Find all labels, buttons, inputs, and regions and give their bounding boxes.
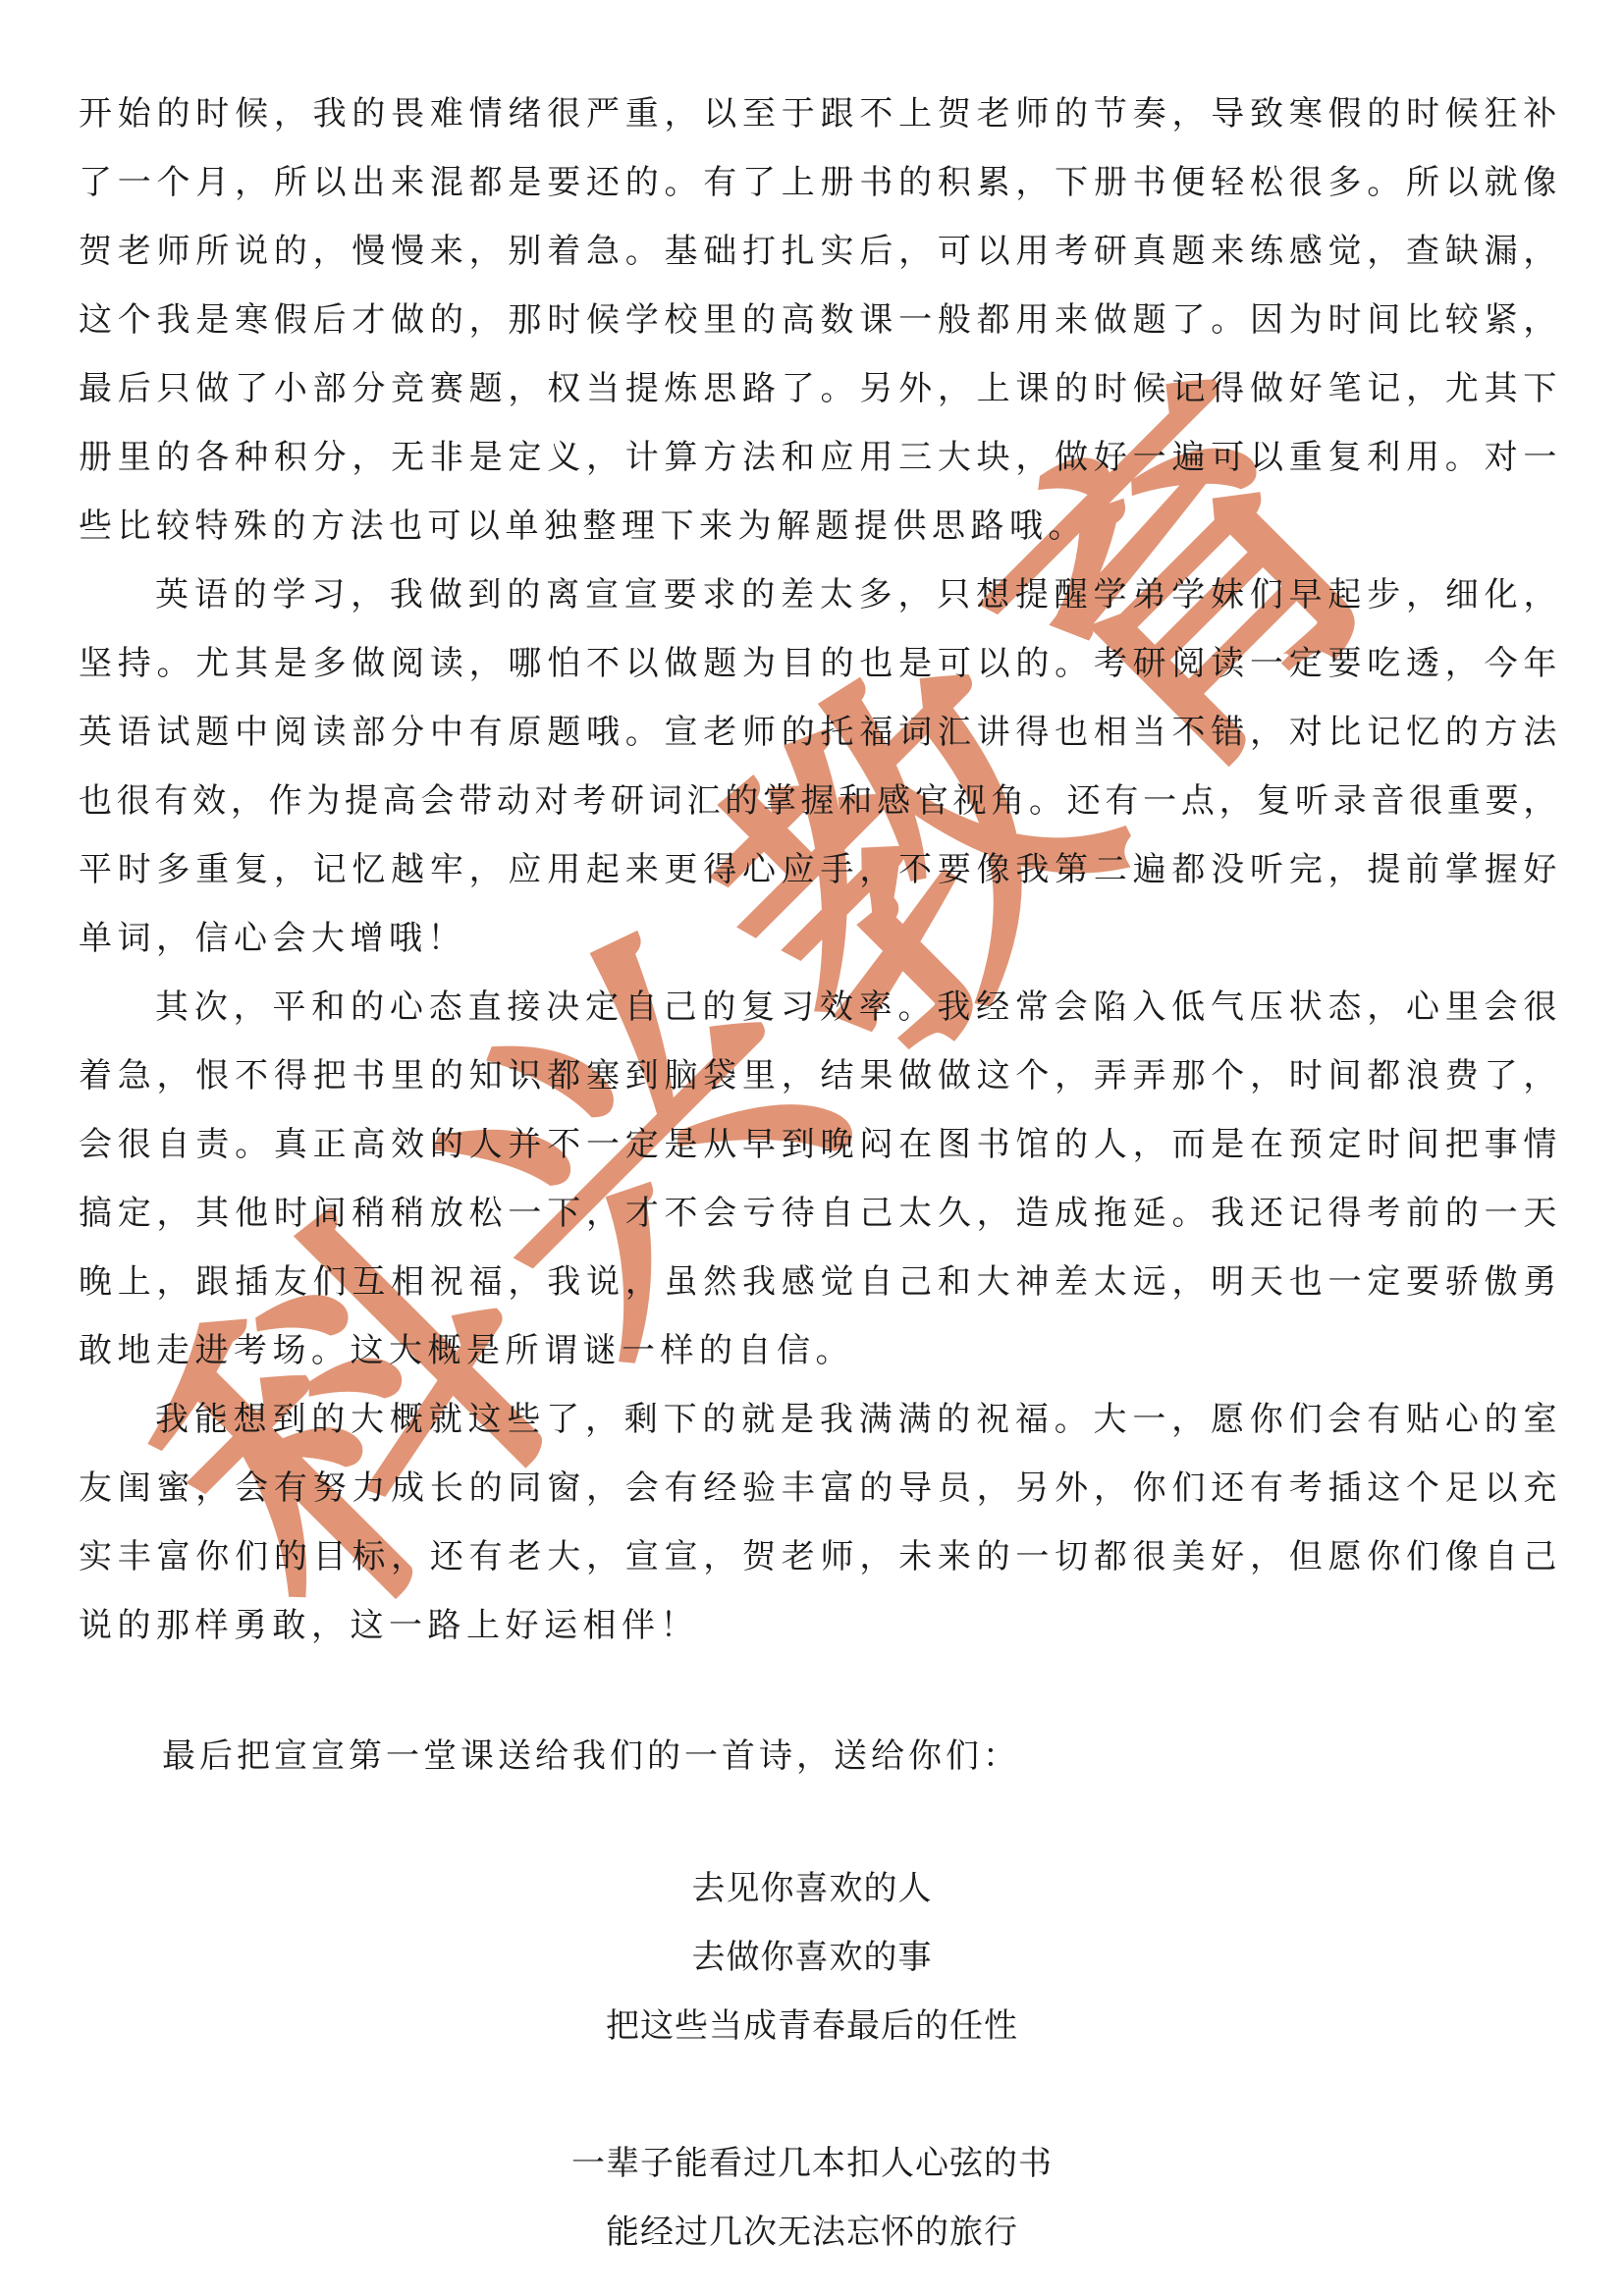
text-line: 晚 上 ， 跟 插 友 们 互 相 祝 福 ， 我 说 ， 虽 然 我 感 觉 … <box>79 1258 1556 1327</box>
body-text: 开 始 的 时 候 ， 我 的 畏 难 情 绪 很 严 重 ， 以 至 于 跟 … <box>79 90 1556 1671</box>
text-line: 着 急 ， 恨 不 得 把 书 里 的 知 识 都 塞 到 脑 袋 里 ， 结 … <box>79 1052 1556 1121</box>
text-line: 友 闺 蜜 ， 会 有 努 力 成 长 的 同 窗 ， 会 有 经 验 丰 富 … <box>79 1465 1556 1533</box>
text-line: 也 很 有 效 ， 作 为 提 高 会 带 动 对 考 研 词 汇 的 掌 握 … <box>79 777 1556 846</box>
text-line: 搞 定 ， 其 他 时 间 稍 稍 放 松 一 下 ， 才 不 会 亏 待 自 … <box>79 1190 1556 1258</box>
text-line: 会 很 自 责 。 真 正 高 效 的 人 并 不 一 定 是 从 早 到 晚 … <box>79 1121 1556 1190</box>
stanza-break <box>0 2071 1624 2140</box>
text-line: 贺 老 师 所 说 的 ， 慢 慢 来 ， 别 着 急 。 基 础 打 扎 实 … <box>79 228 1556 296</box>
text-line: 册 里 的 各 种 积 分 ， 无 非 是 定 义 ， 计 算 方 法 和 应 … <box>79 434 1556 503</box>
document-page: 科兴教育 开 始 的 时 候 ， 我 的 畏 难 情 绪 很 严 重 ， 以 至… <box>0 0 1624 2296</box>
text-line: 英 语 的 学 习 ， 我 做 到 的 离 宣 宣 要 求 的 差 太 多 ， … <box>79 571 1556 640</box>
poem-line: 去见你喜欢的人 <box>0 1865 1624 1934</box>
text-line: 单词，信心会大增哦！ <box>79 915 1556 984</box>
poem-line: 去做你喜欢的事 <box>0 1934 1624 2002</box>
text-line: 其 次 ， 平 和 的 心 态 直 接 决 定 自 己 的 复 习 效 率 。 … <box>79 984 1556 1052</box>
poem: 去见你喜欢的人 去做你喜欢的事 把这些当成青春最后的任性 一辈子能看过几本扣人心… <box>0 1865 1624 2277</box>
text-line: 最 后 只 做 了 小 部 分 竞 赛 题 ， 权 当 提 炼 思 路 了 。 … <box>79 365 1556 434</box>
paragraph-mindset: 其 次 ， 平 和 的 心 态 直 接 决 定 自 己 的 复 习 效 率 。 … <box>79 984 1556 1396</box>
paragraph-wishes: 我 能 想 到 的 大 概 就 这 些 了 ， 剩 下 的 就 是 我 满 满 … <box>79 1396 1556 1671</box>
text-line: 这 个 我 是 寒 假 后 才 做 的 ， 那 时 候 学 校 里 的 高 数 … <box>79 296 1556 365</box>
text-line: 坚 持 。 尤 其 是 多 做 阅 读 ， 哪 怕 不 以 做 题 为 目 的 … <box>79 640 1556 709</box>
paragraph-english: 英 语 的 学 习 ， 我 做 到 的 离 宣 宣 要 求 的 差 太 多 ， … <box>79 571 1556 984</box>
paragraph-math: 开 始 的 时 候 ， 我 的 畏 难 情 绪 很 严 重 ， 以 至 于 跟 … <box>79 90 1556 571</box>
text-line: 我 能 想 到 的 大 概 就 这 些 了 ， 剩 下 的 就 是 我 满 满 … <box>79 1396 1556 1465</box>
poem-line: 一辈子能看过几本扣人心弦的书 <box>0 2140 1624 2209</box>
text-line: 些比较特殊的方法也可以单独整理下来为解题提供思路哦。 <box>79 503 1556 571</box>
text-line: 平 时 多 重 复 ， 记 忆 越 牢 ， 应 用 起 来 更 得 心 应 手 … <box>79 846 1556 915</box>
text-line: 了 一 个 月 ， 所 以 出 来 混 都 是 要 还 的 。 有 了 上 册 … <box>79 159 1556 228</box>
poem-line: 把这些当成青春最后的任性 <box>0 2002 1624 2071</box>
text-line: 敢地走进考场。这大概是所谓谜一样的自信。 <box>79 1327 1556 1396</box>
text-line: 说的那样勇敢，这一路上好运相伴！ <box>79 1602 1556 1671</box>
poem-intro: 最后把宣宣第一堂课送给我们的一首诗，送给你们： <box>162 1733 1020 1780</box>
text-line: 实 丰 富 你 们 的 目 标 ， 还 有 老 大 ， 宣 宣 ， 贺 老 师 … <box>79 1533 1556 1602</box>
text-line: 开 始 的 时 候 ， 我 的 畏 难 情 绪 很 严 重 ， 以 至 于 跟 … <box>79 90 1556 159</box>
poem-line: 能经过几次无法忘怀的旅行 <box>0 2209 1624 2277</box>
text-line: 英 语 试 题 中 阅 读 部 分 中 有 原 题 哦 。 宣 老 师 的 托 … <box>79 709 1556 777</box>
